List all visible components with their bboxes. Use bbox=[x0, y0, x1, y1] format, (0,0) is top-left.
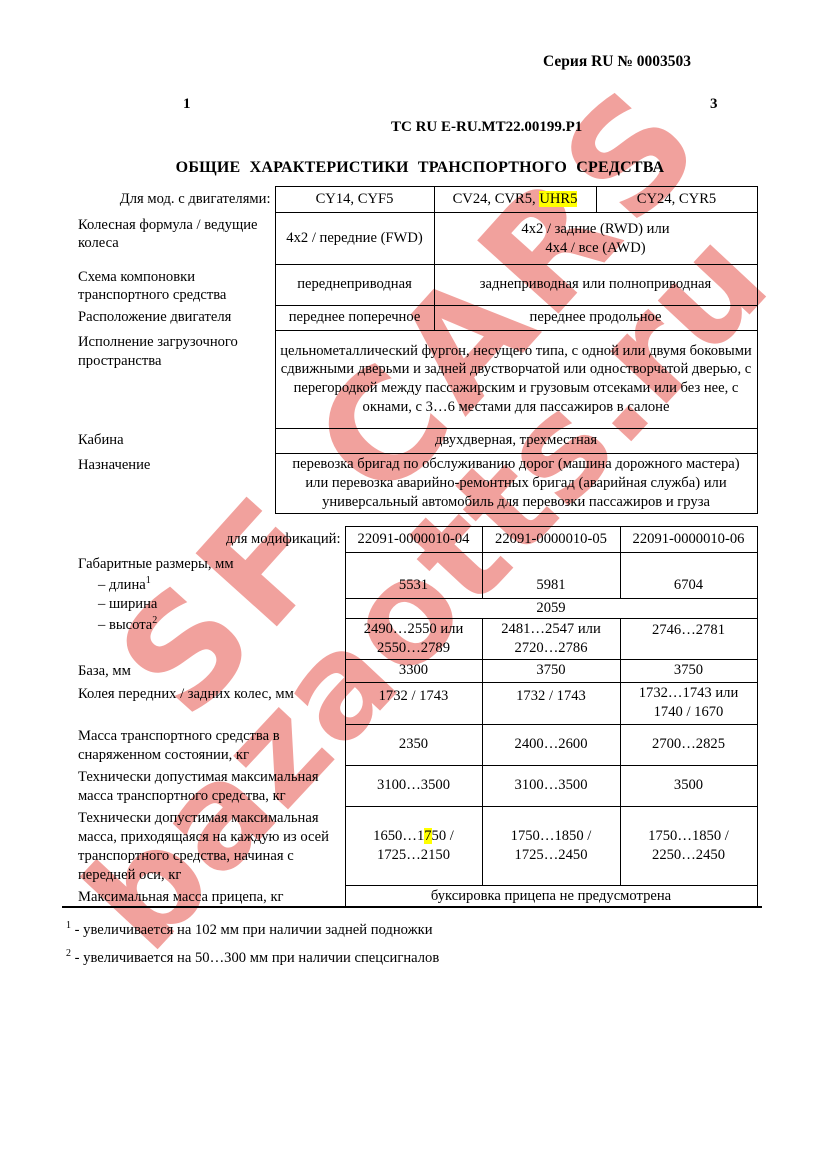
cell-max-mass-3: 3500 bbox=[620, 765, 757, 806]
cell-base-3: 3750 bbox=[620, 659, 757, 682]
cell-wheel-formula-1: 4х2 / передние (FWD) bbox=[275, 213, 434, 265]
content-area: Для мод. с двигателями: CY14, CYF5 CV24,… bbox=[62, 186, 762, 975]
footnote-1: 1 - увеличивается на 102 мм при наличии … bbox=[66, 919, 762, 940]
dimensions-label: Габаритные размеры, мм bbox=[78, 555, 343, 574]
row-axle-mass: Технически допустимая максимальная масса… bbox=[62, 806, 757, 885]
cell-mod-05: 22091-0000010-05 bbox=[482, 526, 620, 552]
row-label: Для мод. с двигателями: bbox=[62, 187, 275, 213]
row-label: Технически допустимая максимальная масса… bbox=[62, 765, 345, 806]
height-2-line1: 2481…2547 или bbox=[487, 620, 616, 639]
row-label: Схема компоновки транспортного средства bbox=[62, 265, 275, 306]
cell-max-mass-1: 3100…3500 bbox=[345, 765, 482, 806]
length-sublabel: – длина1 bbox=[78, 574, 343, 595]
axle-mass-highlight: 7 bbox=[424, 828, 431, 844]
series-number: Серия RU № 0003503 bbox=[543, 53, 691, 71]
axle-mass-3-line1: 1750…1850 / bbox=[625, 827, 753, 846]
height-1-line1: 2490…2550 или bbox=[350, 620, 478, 639]
cell-height-2: 2481…2547 или 2720…2786 bbox=[482, 618, 620, 659]
cell-mod-06: 22091-0000010-06 bbox=[620, 526, 757, 552]
footnotes: 1 - увеличивается на 102 мм при наличии … bbox=[62, 919, 762, 968]
height-sublabel: – высота2 bbox=[78, 614, 343, 635]
cell-engine-location-1: переднее поперечное bbox=[275, 305, 434, 330]
row-cargo-space: Исполнение загрузочного пространства цел… bbox=[62, 330, 757, 428]
row-label: Технически допустимая максимальная масса… bbox=[62, 806, 345, 885]
cell-cabin: двухдверная, трехместная bbox=[275, 428, 757, 453]
row-label: Колесная формула / ведущие колеса bbox=[62, 213, 275, 265]
cell-engines-1: CY14, CYF5 bbox=[275, 187, 434, 213]
row-wheel-formula: Колесная формула / ведущие колеса 4х2 / … bbox=[62, 213, 757, 265]
footnote-1-text: - увеличивается на 102 мм при наличии за… bbox=[75, 922, 433, 938]
general-characteristics-table: Для мод. с двигателями: CY14, CYF5 CV24,… bbox=[62, 186, 758, 514]
row-max-mass: Технически допустимая максимальная масса… bbox=[62, 765, 757, 806]
row-label: для модификаций: bbox=[62, 526, 345, 552]
axle-mass-2-line2: 1725…2450 bbox=[487, 846, 616, 865]
cell-axle-mass-3: 1750…1850 / 2250…2450 bbox=[620, 806, 757, 885]
axle-mass-3-line2: 2250…2450 bbox=[625, 846, 753, 865]
width-sublabel: – ширина bbox=[78, 595, 343, 614]
row-track: Колея передних / задних колес, мм 1732 /… bbox=[62, 682, 757, 724]
axle-mass-1-line2: 1725…2150 bbox=[350, 846, 478, 865]
footnote-2: 2 - увеличивается на 50…300 мм при налич… bbox=[66, 947, 762, 968]
engines-2-highlight: UHR5 bbox=[539, 191, 577, 207]
cell-engine-location-2-3: переднее продольное bbox=[434, 305, 757, 330]
engines-2-prefix: CV24, CVR5, bbox=[453, 191, 540, 207]
row-cabin: Кабина двухдверная, трехместная bbox=[62, 428, 757, 453]
axle-mass-2-line1: 1750…1850 / bbox=[487, 827, 616, 846]
cell-height-1: 2490…2550 или 2550…2789 bbox=[345, 618, 482, 659]
cell-height-3: 2746…2781 bbox=[620, 618, 757, 659]
cell-curb-mass-2: 2400…2600 bbox=[482, 724, 620, 765]
footnote-1-marker: 1 bbox=[66, 920, 71, 931]
row-label: Кабина bbox=[62, 428, 275, 453]
cell-wheel-formula-2-3: 4х2 / задние (RWD) или 4х4 / все (AWD) bbox=[434, 213, 757, 265]
cell-engines-2: CV24, CVR5, UHR5 bbox=[434, 187, 596, 213]
footnote-2-text: - увеличивается на 50…300 мм при наличии… bbox=[75, 950, 440, 966]
row-label: Масса транспортного средства в снаряженн… bbox=[62, 724, 345, 765]
row-engine-location: Расположение двигателя переднее поперечн… bbox=[62, 305, 757, 330]
cell-curb-mass-1: 2350 bbox=[345, 724, 482, 765]
row-label: Колея передних / задних колес, мм bbox=[62, 682, 345, 724]
row-base: База, мм 3300 3750 3750 bbox=[62, 659, 757, 682]
track-3-line2: 1740 / 1670 bbox=[625, 703, 753, 722]
height-1-line2: 2550…2789 bbox=[350, 639, 478, 658]
row-label: Назначение bbox=[62, 453, 275, 513]
page-number-right: 3 bbox=[710, 96, 718, 113]
row-length: Габаритные размеры, мм – длина1 – ширина… bbox=[62, 552, 757, 598]
cell-cargo-space: цельнометаллический фургон, несущего тип… bbox=[275, 330, 757, 428]
footnote-ref-2: 2 bbox=[152, 615, 157, 626]
height-2-line2: 2720…2786 bbox=[487, 639, 616, 658]
track-3-line1: 1732…1743 или bbox=[625, 684, 753, 703]
cell-layout-2-3: заднеприводная или полноприводная bbox=[434, 265, 757, 306]
wheel-formula-line2: 4х4 / все (AWD) bbox=[439, 239, 753, 258]
page-number-left: 1 bbox=[183, 96, 191, 113]
cell-curb-mass-3: 2700…2825 bbox=[620, 724, 757, 765]
cell-engines-3: CY24, CYR5 bbox=[596, 187, 757, 213]
cell-mod-04: 22091-0000010-04 bbox=[345, 526, 482, 552]
row-label: Исполнение загрузочного пространства bbox=[62, 330, 275, 428]
cell-layout-1: переднеприводная bbox=[275, 265, 434, 306]
row-curb-mass: Масса транспортного средства в снаряженн… bbox=[62, 724, 757, 765]
cell-length-3: 6704 bbox=[620, 552, 757, 598]
section-title: ОБЩИЕ ХАРАКТЕРИСТИКИ ТРАНСПОРТНОГО СРЕДС… bbox=[0, 159, 827, 177]
cell-trailer-mass: буксировка прицепа не предусмотрена bbox=[345, 885, 757, 907]
cell-track-1: 1732 / 1743 bbox=[345, 682, 482, 724]
cell-length-2: 5981 bbox=[482, 552, 620, 598]
cell-track-3: 1732…1743 или 1740 / 1670 bbox=[620, 682, 757, 724]
modifications-table: для модификаций: 22091-0000010-04 22091-… bbox=[62, 526, 758, 908]
row-layout-scheme: Схема компоновки транспортного средства … bbox=[62, 265, 757, 306]
footnote-2-marker: 2 bbox=[66, 948, 71, 959]
row-engines: Для мод. с двигателями: CY14, CYF5 CV24,… bbox=[62, 187, 757, 213]
row-trailer-mass: Максимальная масса прицепа, кг буксировк… bbox=[62, 885, 757, 907]
cell-base-1: 3300 bbox=[345, 659, 482, 682]
cell-axle-mass-2: 1750…1850 / 1725…2450 bbox=[482, 806, 620, 885]
document-page: SF CARS bazaotts.ru Серия RU № 0003503 1… bbox=[0, 0, 827, 1170]
cell-axle-mass-1: 1650…1750 / 1725…2150 bbox=[345, 806, 482, 885]
cell-base-2: 3750 bbox=[482, 659, 620, 682]
row-modifications: для модификаций: 22091-0000010-04 22091-… bbox=[62, 526, 757, 552]
dimensions-label-block: Габаритные размеры, мм – длина1 – ширина… bbox=[62, 552, 345, 659]
cell-max-mass-2: 3100…3500 bbox=[482, 765, 620, 806]
approval-code: ТС RU E-RU.MT22.00199.P1 bbox=[391, 119, 582, 136]
row-label: База, мм bbox=[62, 659, 345, 682]
cell-track-2: 1732 / 1743 bbox=[482, 682, 620, 724]
axle-mass-1-line1: 1650…1750 / bbox=[350, 827, 478, 846]
cell-length-1: 5531 bbox=[345, 552, 482, 598]
cell-width: 2059 bbox=[345, 598, 757, 618]
row-purpose: Назначение перевозка бригад по обслужива… bbox=[62, 453, 757, 513]
wheel-formula-line1: 4х2 / задние (RWD) или bbox=[439, 220, 753, 239]
row-label: Расположение двигателя bbox=[62, 305, 275, 330]
cell-purpose: перевозка бригад по обслуживанию дорог (… bbox=[275, 453, 757, 513]
row-label: Максимальная масса прицепа, кг bbox=[62, 885, 345, 907]
footnote-ref-1: 1 bbox=[146, 575, 151, 586]
